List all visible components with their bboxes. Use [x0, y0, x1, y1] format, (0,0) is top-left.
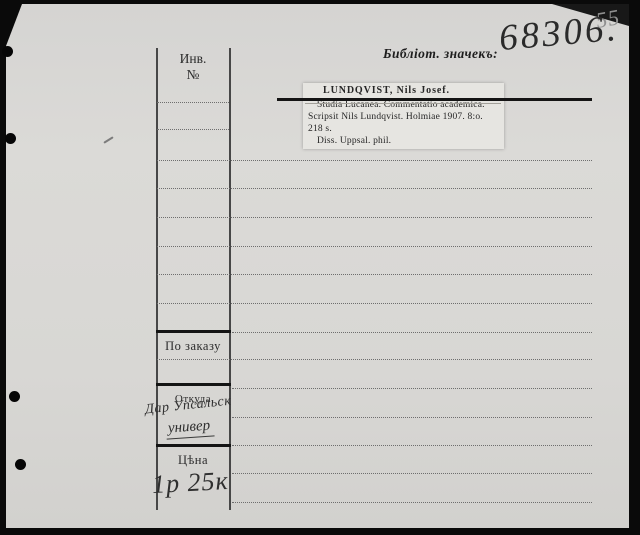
label-title-line: Studia Lucanea. Commentatio academica. — [317, 100, 485, 110]
ruled-line — [157, 217, 592, 218]
heading-rule — [277, 98, 592, 101]
ruled-line — [157, 129, 229, 130]
ruled-line — [157, 303, 592, 304]
ruled-line — [232, 388, 592, 389]
heading-rule-thin — [305, 103, 501, 104]
ruled-line — [232, 502, 592, 503]
column-separator — [156, 444, 231, 447]
column-separator — [156, 330, 231, 333]
label-dissertation-line: Diss. Uppsal. phil. — [317, 136, 391, 146]
price-handwriting: 1р 25к — [151, 466, 229, 500]
ruled-line — [157, 102, 229, 103]
label-heading: LUNDQVIST, Nils Josef. — [323, 85, 450, 96]
inventory-number-label: Инв. № — [156, 51, 230, 83]
inventory-label-word: Инв. — [156, 51, 230, 67]
ruled-line — [157, 359, 592, 360]
ruled-line — [157, 160, 592, 161]
pasted-bibliographic-label: LUNDQVIST, Nils Josef. Studia Lucanea. C… — [303, 83, 504, 149]
punch-hole — [2, 46, 13, 57]
punch-hole — [15, 459, 26, 470]
column-left-line — [156, 48, 158, 510]
library-mark-label: Библіот. значекъ: — [383, 46, 498, 62]
top-left-corner-notch — [6, 4, 22, 46]
inventory-label-numero: № — [156, 67, 230, 83]
column-separator — [156, 383, 231, 386]
scanned-catalog-card: 55 Библіот. значекъ: 68306. Инв. № По за… — [0, 0, 640, 535]
label-imprint-line: Scripsit Nils Lundqvist. Holmiae 1907. 8… — [308, 112, 483, 122]
ruled-line — [232, 332, 592, 333]
ruled-line — [232, 473, 592, 474]
ruled-line — [232, 445, 592, 446]
punch-hole — [5, 133, 16, 144]
column-right-line — [229, 48, 231, 510]
ruled-line — [157, 274, 592, 275]
ruled-line — [157, 188, 592, 189]
by-order-label: По заказу — [156, 339, 230, 354]
origin-handwriting-line2: универ — [165, 417, 214, 439]
label-pagination-line: 218 s. — [308, 124, 332, 134]
punch-hole — [9, 391, 20, 402]
ruled-line — [232, 417, 592, 418]
ruled-line — [157, 246, 592, 247]
